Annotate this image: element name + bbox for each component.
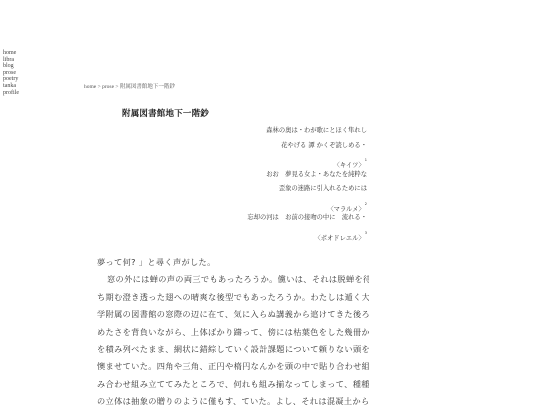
page-title: 附属図書館地下一階鈔 <box>122 107 209 119</box>
prose-line: 夢って何? 」と尋く声がした。 <box>97 254 369 271</box>
epigraph-text: 森林の奥は・わが歌にとほく隼れし <box>266 127 367 134</box>
prose-line: み合わせ組み立ててみたところで、何れも組み揃なってしまって、種種 <box>97 376 369 393</box>
nav-link-blog[interactable]: blog <box>3 63 19 70</box>
footnote-ref[interactable]: 1 <box>365 158 367 162</box>
nav-link-prose[interactable]: prose <box>3 70 19 77</box>
nav-link-libra[interactable]: libra <box>3 57 19 64</box>
nav-link-tanka[interactable]: tanka <box>3 83 19 90</box>
site-nav: home libra blog prose poetry tanka profi… <box>3 50 19 96</box>
footnote-ref[interactable]: 2 <box>365 202 367 206</box>
epigraph-line: 花やげる 譚 かくぞ読しめる・ <box>247 139 367 154</box>
prose-line: 学附属の図書館の窓際の辺に在て、気に入らぬ講義から逭けてきた後ろ <box>97 306 369 323</box>
prose-line: 窓の外には蝉の声の両三でもあったろうか。儻いは、それは脱蝉を待 <box>97 271 369 288</box>
epigraph-text: 花やげる 譚 かくぞ読しめる・ <box>281 142 367 149</box>
epigraph-line: おお 夢見る女よ・あなたを純粋な <box>247 168 367 183</box>
epigraph-line: 歪象の迷路に引入れるためには <box>247 182 367 197</box>
prose-line: の立体は抽象の贈りのように僅もす、ていた。よし、それは混凝土から数 <box>97 393 369 405</box>
epigraph-line: 森林の奥は・わが歌にとほく隼れし <box>247 124 367 139</box>
epigraph-line: 忘却の河は お前の接吻の中に 流れる・ <box>247 211 367 226</box>
prose-line: めたさを背負いながら、上体ばかり躊って、傍には枯葉色をした幾冊か <box>97 324 369 341</box>
epigraph: 森林の奥は・わが歌にとほく隼れし 花やげる 譚 かくぞ読しめる・ 〈キイツ〉1 … <box>247 124 367 240</box>
breadcrumb-current: 附属図書館地下一階鈔 <box>120 84 175 90</box>
prose-line: を積み列べたまま、網状に錯綜していく設計課題について頼りない頭を <box>97 341 369 358</box>
prose-line: ち期む澄き透った翅への晴爽な後型でもあったろうか。わたしは遁く大 <box>97 289 369 306</box>
epigraph-attribution: 〈キイツ〉1 <box>247 153 367 168</box>
epigraph-attribution: 〈マラルメ〉2 <box>247 197 367 212</box>
breadcrumb: home > prose > 附属図書館地下一階鈔 <box>84 82 175 90</box>
prose-body: 夢って何? 」と尋く声がした。 窓の外には蝉の声の両三でもあったろうか。儻いは、… <box>97 254 369 405</box>
epigraph-text: 歪象の迷路に引入れるためには <box>279 185 367 192</box>
epigraph-text: おお 夢見る女よ・あなたを純粋な <box>266 171 367 178</box>
nav-link-profile[interactable]: profile <box>3 90 19 97</box>
epigraph-attribution: 〈ボオドレエル〉3 <box>247 226 367 241</box>
breadcrumb-home[interactable]: home <box>84 84 96 90</box>
footnote-ref[interactable]: 3 <box>365 231 367 235</box>
prose-line: 懊ませていた。四角や三角、正円や楕円なんかを頭の中で貼り合わせ組 <box>97 358 369 375</box>
breadcrumb-prose[interactable]: prose <box>102 84 114 90</box>
epigraph-text: 忘却の河は お前の接吻の中に 流れる・ <box>247 214 367 221</box>
nav-link-home[interactable]: home <box>3 50 19 57</box>
nav-link-poetry[interactable]: poetry <box>3 76 19 83</box>
epigraph-text: 〈ボオドレエル〉 <box>314 235 364 242</box>
